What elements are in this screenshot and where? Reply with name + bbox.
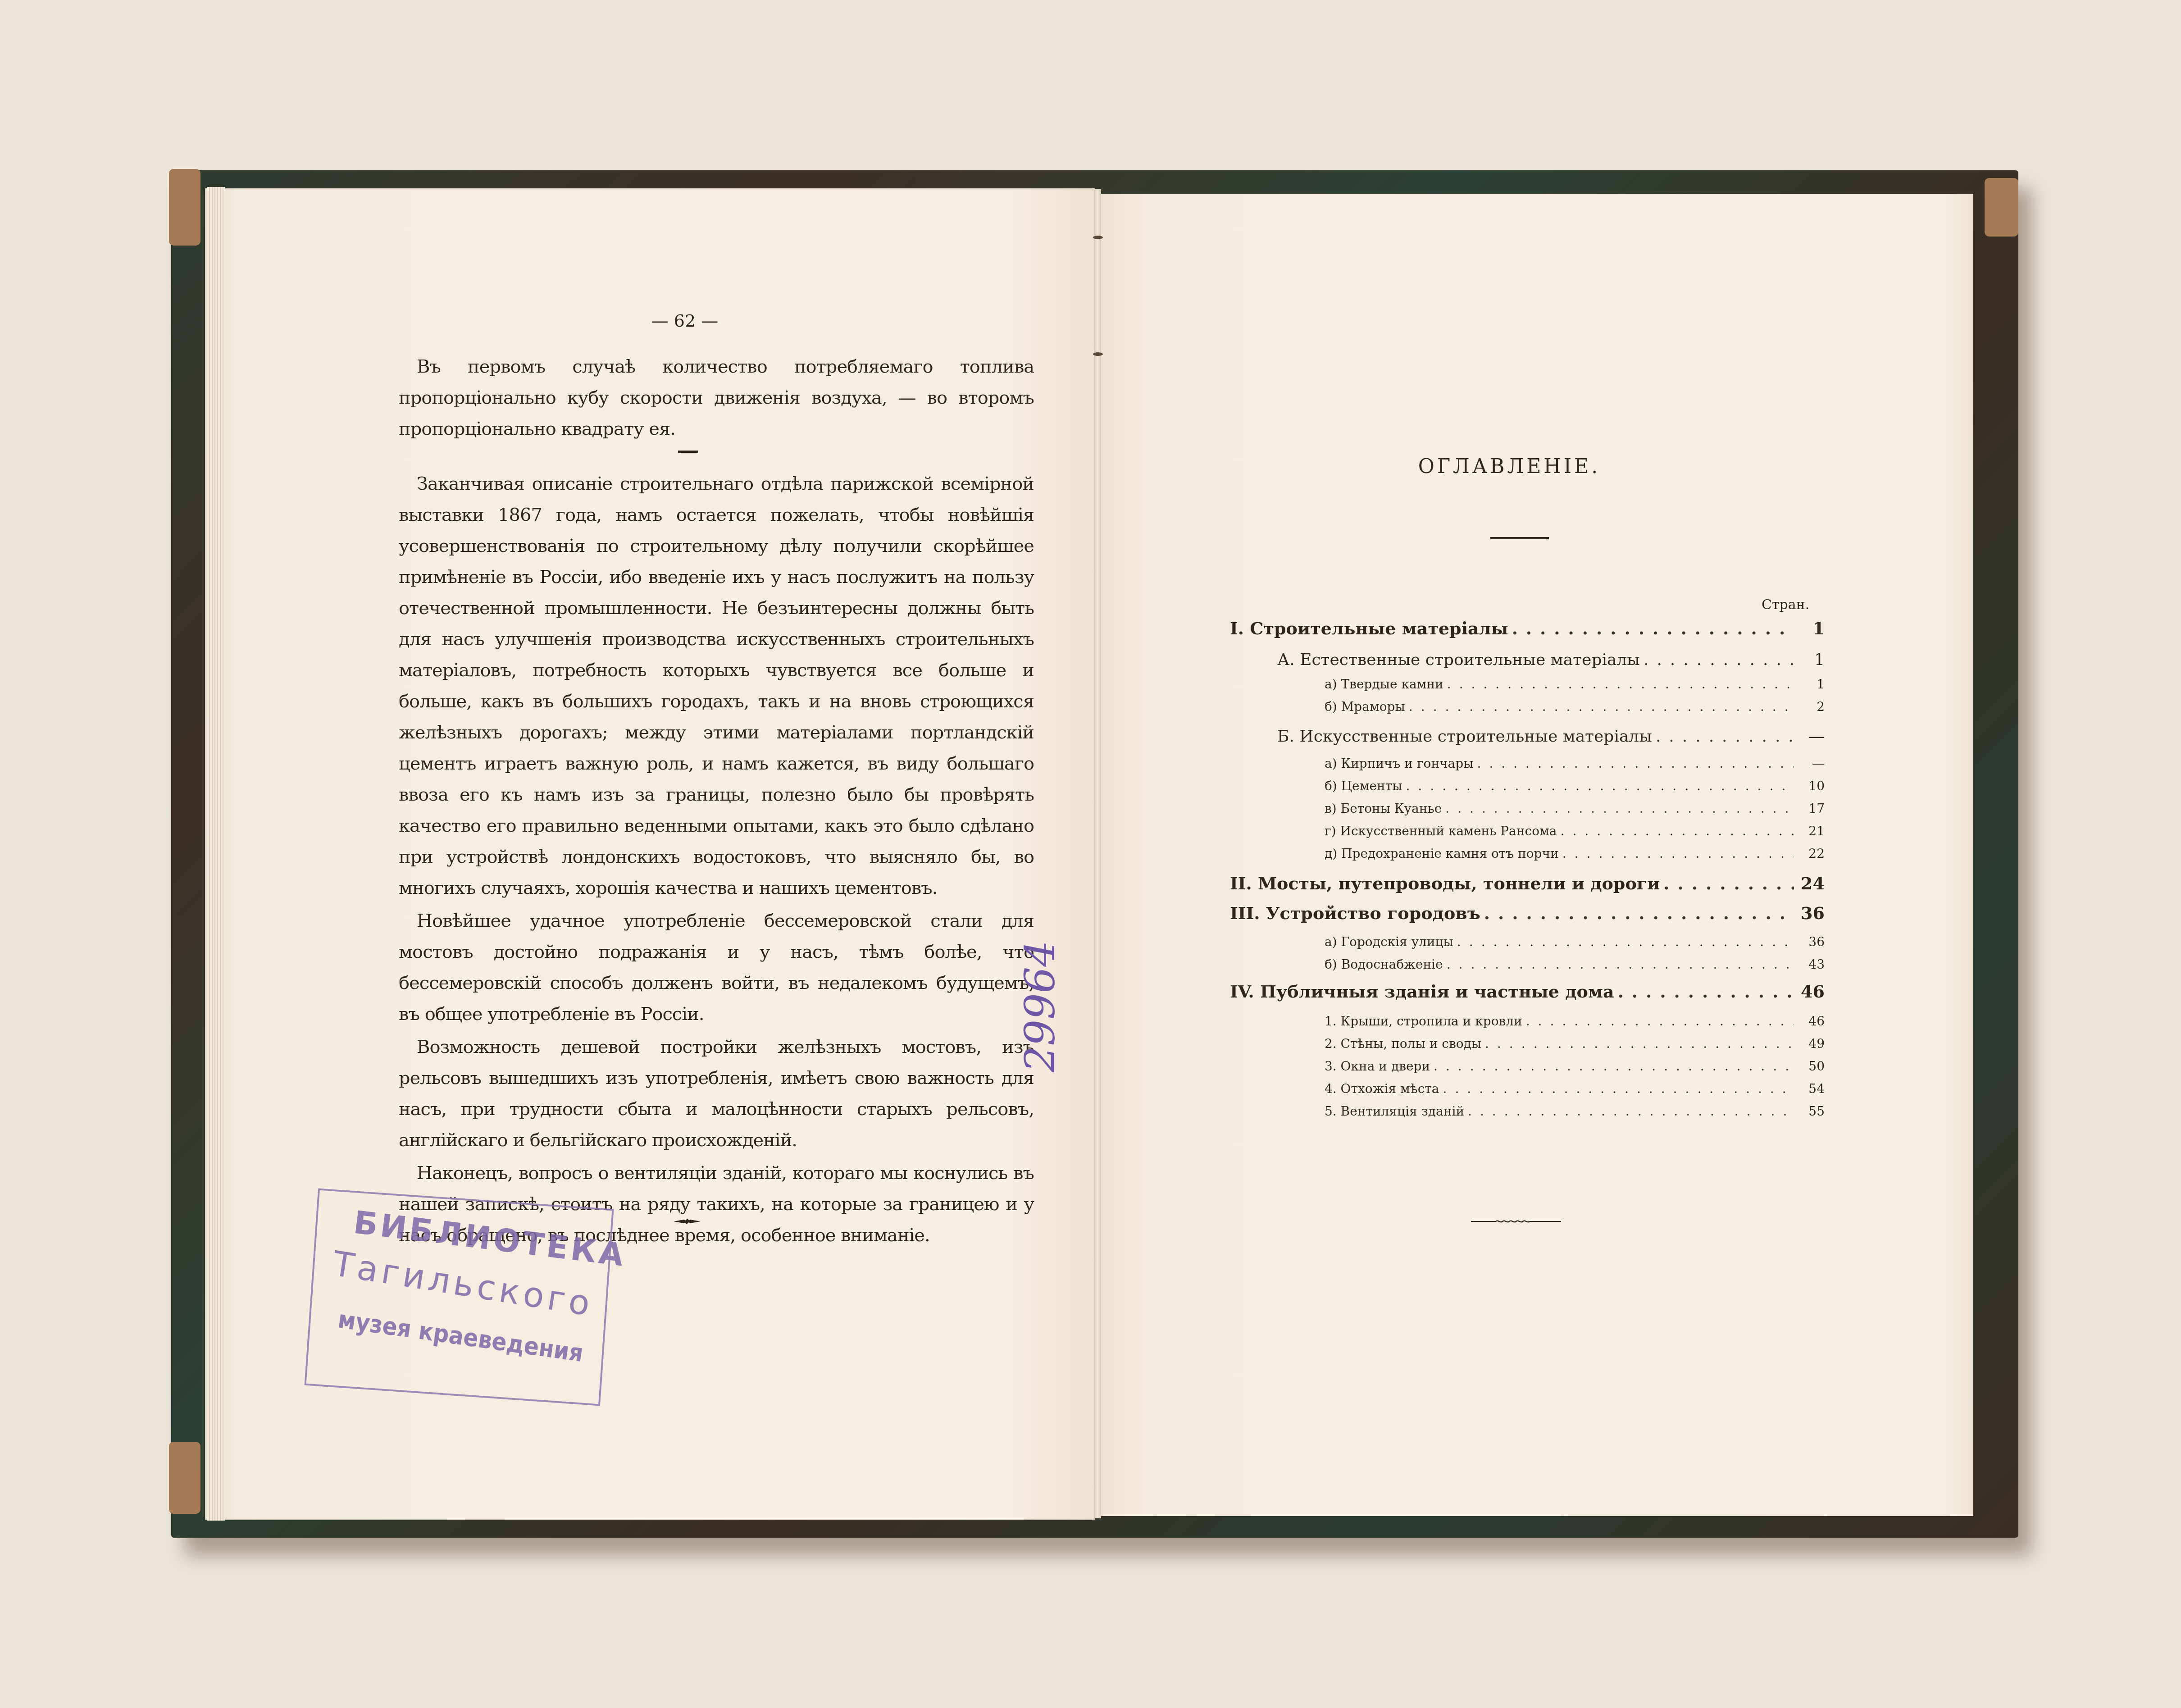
toc-entry-page: 17 xyxy=(1798,801,1825,816)
toc-entry: Б. Искусственные строительные матеріалы.… xyxy=(1230,719,1825,746)
book-gutter xyxy=(1094,189,1101,1518)
paragraph: Возможность дешевой постройки желѣзныхъ … xyxy=(399,1032,1034,1156)
toc-entry-label: а) Твердые камни xyxy=(1325,677,1443,692)
leader-dots: ........................................… xyxy=(1445,801,1794,816)
body-text: Заканчивая описаніе строительнаго отдѣла… xyxy=(399,469,1034,1251)
body-paragraph: Въ первомъ случаѣ количество потребляема… xyxy=(399,351,1034,445)
toc-entry: д) Предохраненіе камня отъ порчи........… xyxy=(1230,838,1825,861)
toc-entry-page: 55 xyxy=(1798,1104,1825,1119)
table-of-contents: I. Строительные матеріалы...............… xyxy=(1230,610,1825,1119)
title-rule xyxy=(1490,537,1549,539)
leader-dots: ........................................… xyxy=(1468,1104,1794,1119)
ornament-divider xyxy=(1471,1219,1561,1224)
leader-dots: ........................................… xyxy=(1477,756,1794,771)
section-separator xyxy=(678,451,698,453)
toc-entry-label: IV. Публичныя зданія и частные дома xyxy=(1230,981,1614,1002)
toc-entry: а) Кирпичъ и гончары....................… xyxy=(1230,748,1825,771)
toc-entry-label: а) Городскія улицы xyxy=(1325,934,1453,949)
leader-dots: ........................................… xyxy=(1644,651,1794,669)
leader-dots: ........................................… xyxy=(1447,677,1794,692)
toc-entry-page: 2 xyxy=(1798,699,1825,714)
toc-entry-page: 36 xyxy=(1798,903,1825,923)
toc-entry-page: 21 xyxy=(1798,824,1825,838)
toc-entry: б) Мраморы..............................… xyxy=(1230,692,1825,714)
leader-dots: ........................................… xyxy=(1409,699,1794,714)
toc-entry: в) Бетоны Куанье........................… xyxy=(1230,793,1825,816)
toc-entry-page: 1 xyxy=(1798,677,1825,692)
toc-entry-page: — xyxy=(1798,756,1825,771)
page-edges xyxy=(207,187,225,1521)
leader-dots: ........................................… xyxy=(1457,934,1794,949)
toc-entry-label: б) Мраморы xyxy=(1325,699,1405,714)
leader-dots: ........................................… xyxy=(1663,873,1794,893)
paragraph: Новѣйшее удачное употребленіе бессемеров… xyxy=(399,906,1034,1030)
toc-entry-label: III. Устройство городовъ xyxy=(1230,903,1480,923)
toc-entry-page: 46 xyxy=(1798,1014,1825,1029)
leader-dots: ........................................… xyxy=(1560,824,1794,838)
leader-dots: ........................................… xyxy=(1447,957,1794,972)
leader-dots: ........................................… xyxy=(1485,1036,1794,1051)
toc-entry: IV. Публичныя зданія и частные дома.....… xyxy=(1230,974,1825,1002)
toc-entry: а) Твердые камни........................… xyxy=(1230,669,1825,692)
toc-entry-page: 1 xyxy=(1798,651,1825,669)
page-number: — 62 — xyxy=(586,311,784,331)
toc-entry-page: 49 xyxy=(1798,1036,1825,1051)
cover-corner-wear xyxy=(1985,178,2018,237)
toc-entry-page: 43 xyxy=(1798,957,1825,972)
toc-title: ОГЛАВЛЕНІЕ. xyxy=(1307,455,1712,478)
toc-entry-page: 22 xyxy=(1798,846,1825,861)
toc-entry-label: Б. Искусственные строительные матеріалы xyxy=(1277,727,1652,746)
library-stamp: БИБЛИОТЕКА Тагильского музея краеведения xyxy=(305,1189,614,1406)
toc-entry: б) Водоснабженіе........................… xyxy=(1230,949,1825,972)
toc-entry-label: 3. Окна и двери xyxy=(1325,1059,1430,1074)
toc-entry-label: а) Кирпичъ и гончары xyxy=(1325,756,1474,771)
toc-entry-label: 2. Стѣны, полы и своды xyxy=(1325,1036,1481,1051)
paragraph: Въ первомъ случаѣ количество потребляема… xyxy=(399,351,1034,445)
toc-entry: III. Устройство городовъ................… xyxy=(1230,895,1825,923)
binding-stitch xyxy=(1093,352,1103,356)
toc-entry-page: 10 xyxy=(1798,779,1825,793)
toc-entry-page: 24 xyxy=(1798,873,1825,893)
leader-dots: ........................................… xyxy=(1443,1081,1794,1096)
toc-entry-page: 36 xyxy=(1798,934,1825,949)
toc-entry: 2. Стѣны, полы и своды..................… xyxy=(1230,1029,1825,1051)
toc-entry-label: 1. Крыши, стропила и кровли xyxy=(1325,1014,1522,1029)
toc-entry-page: — xyxy=(1798,727,1825,746)
leader-dots: ........................................… xyxy=(1406,779,1794,793)
leader-dots: ........................................… xyxy=(1562,846,1794,861)
toc-entry-label: в) Бетоны Куанье xyxy=(1325,801,1442,816)
toc-entry-page: 1 xyxy=(1798,618,1825,638)
binding-stitch xyxy=(1093,236,1103,239)
toc-entry-page: 46 xyxy=(1798,981,1825,1002)
toc-entry-label: г) Искусственный камень Рансома xyxy=(1325,824,1557,838)
leader-dots: ........................................… xyxy=(1656,727,1794,746)
toc-entry-label: II. Мосты, путепроводы, тоннели и дороги xyxy=(1230,873,1660,893)
toc-entry: I. Строительные матеріалы...............… xyxy=(1230,610,1825,638)
toc-entry-label: 5. Вентиляція зданій xyxy=(1325,1104,1464,1119)
paragraph: Заканчивая описаніе строительнаго отдѣла… xyxy=(399,469,1034,904)
toc-entry-page: 50 xyxy=(1798,1059,1825,1074)
leader-dots: ........................................… xyxy=(1484,903,1794,923)
leader-dots: ........................................… xyxy=(1526,1014,1794,1029)
toc-entry: 5. Вентиляція зданій....................… xyxy=(1230,1096,1825,1119)
ornament-divider xyxy=(631,1218,743,1225)
toc-entry: б) Цементы..............................… xyxy=(1230,771,1825,793)
leader-dots: ........................................… xyxy=(1434,1059,1794,1074)
toc-entry: 1. Крыши, стропила и кровли.............… xyxy=(1230,1006,1825,1029)
leader-dots: ........................................… xyxy=(1512,618,1794,638)
toc-entry-label: б) Цементы xyxy=(1325,779,1402,793)
toc-entry: а) Городскія улицы......................… xyxy=(1230,927,1825,949)
toc-entry-label: б) Водоснабженіе xyxy=(1325,957,1443,972)
toc-entry: II. Мосты, путепроводы, тоннели и дороги… xyxy=(1230,865,1825,893)
cover-corner-wear xyxy=(169,169,200,246)
toc-entry: А. Естественные строительные матеріалы..… xyxy=(1230,642,1825,669)
toc-entry-page: 54 xyxy=(1798,1081,1825,1096)
leader-dots: ........................................… xyxy=(1618,981,1794,1002)
toc-entry-label: I. Строительные матеріалы xyxy=(1230,618,1508,638)
toc-entry: 4. Отхожія мѣста........................… xyxy=(1230,1074,1825,1096)
handwritten-inventory-number: 29964 xyxy=(1016,940,1064,1072)
toc-entry-label: 4. Отхожія мѣста xyxy=(1325,1081,1439,1096)
toc-entry-label: д) Предохраненіе камня отъ порчи xyxy=(1325,846,1559,861)
toc-entry: 3. Окна и двери.........................… xyxy=(1230,1051,1825,1074)
toc-entry: г) Искусственный камень Рансома.........… xyxy=(1230,816,1825,838)
toc-entry-label: А. Естественные строительные матеріалы xyxy=(1277,651,1640,669)
cover-corner-wear xyxy=(169,1442,200,1514)
